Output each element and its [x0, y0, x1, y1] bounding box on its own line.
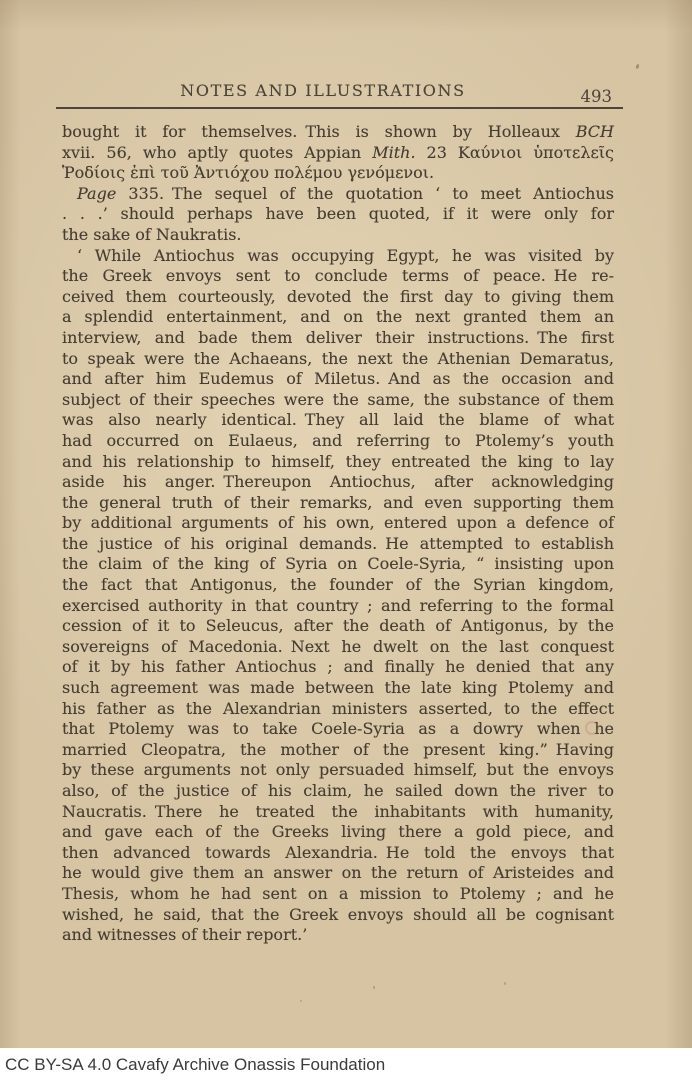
text-segment: 335. The sequel of the quotation ‘ to me…	[116, 184, 614, 203]
text-line: ceived them courteously, devoted the fir…	[62, 287, 614, 308]
text-line: exercised authority in that country ; an…	[62, 596, 614, 617]
text-segment: a splendid entertainment, and on the nex…	[62, 307, 614, 326]
header-rule	[56, 107, 623, 109]
text-line: the fact that Antigonus, the founder of …	[62, 575, 614, 596]
text-segment: the sake of Naukratis.	[62, 225, 242, 244]
text-segment: was also nearly identical. They all laid…	[62, 410, 614, 429]
text-line: xvii. 56, who aptly quotes Appian Mith. …	[62, 143, 614, 164]
text-segment: his father as the Alexandrian ministers …	[62, 699, 614, 718]
text-line: sovereigns of Macedonia. Next he dwelt o…	[62, 637, 614, 658]
text-segment: . . .’ should perhaps have been quoted, …	[62, 204, 614, 223]
book-page: NOTES AND ILLUSTRATIONS 493 bought it fo…	[0, 0, 692, 1082]
text-segment: 23 Καύνιοι ὑποτελεῖς	[416, 143, 614, 162]
text-segment: to speak were the Achaeans, the next the…	[62, 349, 614, 368]
text-line: . . .’ should perhaps have been quoted, …	[62, 204, 614, 225]
text-segment: Ῥοδίοις ἐπὶ τοῦ Ἀντιόχου πολέμου γενόμεν…	[62, 163, 434, 182]
text-segment: Thesis, whom he had sent on a mission to…	[62, 884, 614, 903]
text-segment: also, of the justice of his claim, he sa…	[62, 781, 614, 800]
text-segment: of it by his father Antiochus ; and fina…	[62, 657, 614, 676]
page-header: NOTES AND ILLUSTRATIONS 493	[62, 81, 614, 105]
text-line: a splendid entertainment, and on the nex…	[62, 307, 614, 328]
text-line: married Cleopatra, the mother of the pre…	[62, 740, 614, 761]
text-segment: then advanced towards Alexandria. He tol…	[62, 843, 614, 862]
text-line: cession of it to Seleucus, after the dea…	[62, 616, 614, 637]
text-segment: xvii. 56, who aptly quotes Appian	[62, 143, 372, 162]
text-line: and after him Eudemus of Miletus. And as…	[62, 369, 614, 390]
text-line: the claim of the king of Syria on Coele-…	[62, 554, 614, 575]
text-segment: ‘ While Antiochus was occupying Egypt, h…	[77, 246, 614, 265]
text-segment: by additional arguments of his own, ente…	[62, 513, 614, 532]
text-line: of it by his father Antiochus ; and fina…	[62, 657, 614, 678]
text-line: that Ptolemy was to take Coele-Syria as …	[62, 719, 614, 740]
text-line: Naucratis. There he treated the inhabita…	[62, 802, 614, 823]
text-segment: aside his anger. Thereupon Antiochus, af…	[62, 472, 614, 491]
text-segment: the claim of the king of Syria on Coele-…	[62, 554, 614, 573]
speck-mark	[635, 64, 640, 70]
running-title: NOTES AND ILLUSTRATIONS	[62, 81, 614, 100]
text-line: Thesis, whom he had sent on a mission to…	[62, 884, 614, 905]
text-line: and his relationship to himself, they en…	[62, 452, 614, 473]
text-line: ‘ While Antiochus was occupying Egypt, h…	[62, 246, 614, 267]
text-line: also, of the justice of his claim, he sa…	[62, 781, 614, 802]
text-segment: such agreement was made between the late…	[62, 678, 614, 697]
text-segment: exercised authority in that country ; an…	[62, 596, 614, 615]
text-segment: cession of it to Seleucus, after the dea…	[62, 616, 614, 635]
attribution-bar: CC BY-SA 4.0 Cavafy Archive Onassis Foun…	[0, 1048, 692, 1082]
text-segment: and witnesses of their report.’	[62, 925, 307, 944]
text-segment: the Greek envoys sent to conclude terms …	[62, 266, 614, 285]
text-line: the justice of his original demands. He …	[62, 534, 614, 555]
text-segment: interview, and bade them deliver their i…	[62, 328, 614, 347]
text-segment: had occurred on Eulaeus, and referring t…	[62, 431, 614, 450]
speck-mark	[373, 986, 375, 989]
text-line: by these arguments not only persuaded hi…	[62, 760, 614, 781]
text-segment: Mith.	[372, 143, 415, 162]
text-line: then advanced towards Alexandria. He tol…	[62, 843, 614, 864]
text-segment: BCH	[576, 122, 614, 141]
text-segment: ceived them courteously, devoted the fir…	[62, 287, 614, 306]
text-segment: Naucratis. There he treated the inhabita…	[62, 802, 614, 821]
license-text: CC BY-SA 4.0 Cavafy Archive Onassis Foun…	[5, 1055, 385, 1075]
text-segment: and gave each of the Greeks living there…	[62, 822, 614, 841]
text-line: to speak were the Achaeans, the next the…	[62, 349, 614, 370]
page-number: 493	[581, 87, 613, 106]
stain-mark	[585, 721, 599, 735]
text-line: and gave each of the Greeks living there…	[62, 822, 614, 843]
text-segment: that Ptolemy was to take Coele-Syria as …	[62, 719, 614, 738]
text-line: he would give them an answer on the retu…	[62, 863, 614, 884]
text-line: had occurred on Eulaeus, and referring t…	[62, 431, 614, 452]
text-line: subject of their speeches were the same,…	[62, 390, 614, 411]
text-segment: he would give them an answer on the retu…	[62, 863, 614, 882]
speck-mark	[504, 982, 506, 985]
text-line: by additional arguments of his own, ente…	[62, 513, 614, 534]
text-line: and witnesses of their report.’	[62, 925, 614, 946]
text-segment: by these arguments not only persuaded hi…	[62, 760, 614, 779]
text-segment: wished, he said, that the Greek envoys s…	[62, 905, 614, 924]
text-line: such agreement was made between the late…	[62, 678, 614, 699]
text-segment: the general truth of their remarks, and …	[62, 493, 614, 512]
text-segment: subject of their speeches were the same,…	[62, 390, 614, 409]
speck-mark	[300, 1000, 302, 1002]
speck-mark	[396, 917, 400, 921]
text-segment: and after him Eudemus of Miletus. And as…	[62, 369, 614, 388]
text-segment: Page	[77, 184, 116, 203]
text-line: interview, and bade them deliver their i…	[62, 328, 614, 349]
text-line: bought it for themselves. This is shown …	[62, 122, 614, 143]
text-line: aside his anger. Thereupon Antiochus, af…	[62, 472, 614, 493]
text-line: the Greek envoys sent to conclude terms …	[62, 266, 614, 287]
text-line: Ῥοδίοις ἐπὶ τοῦ Ἀντιόχου πολέμου γενόμεν…	[62, 163, 614, 184]
text-line: wished, he said, that the Greek envoys s…	[62, 905, 614, 926]
text-segment: the justice of his original demands. He …	[62, 534, 614, 553]
text-line: Page 335. The sequel of the quotation ‘ …	[62, 184, 614, 205]
text-segment: and his relationship to himself, they en…	[62, 452, 614, 471]
text-segment: the fact that Antigonus, the founder of …	[62, 575, 614, 594]
text-line: the general truth of their remarks, and …	[62, 493, 614, 514]
text-line: the sake of Naukratis.	[62, 225, 614, 246]
text-line: was also nearly identical. They all laid…	[62, 410, 614, 431]
text-segment: sovereigns of Macedonia. Next he dwelt o…	[62, 637, 614, 656]
text-line: his father as the Alexandrian ministers …	[62, 699, 614, 720]
text-segment: bought it for themselves. This is shown …	[62, 122, 576, 141]
page-body: bought it for themselves. This is shown …	[62, 122, 614, 946]
text-segment: married Cleopatra, the mother of the pre…	[62, 740, 614, 759]
